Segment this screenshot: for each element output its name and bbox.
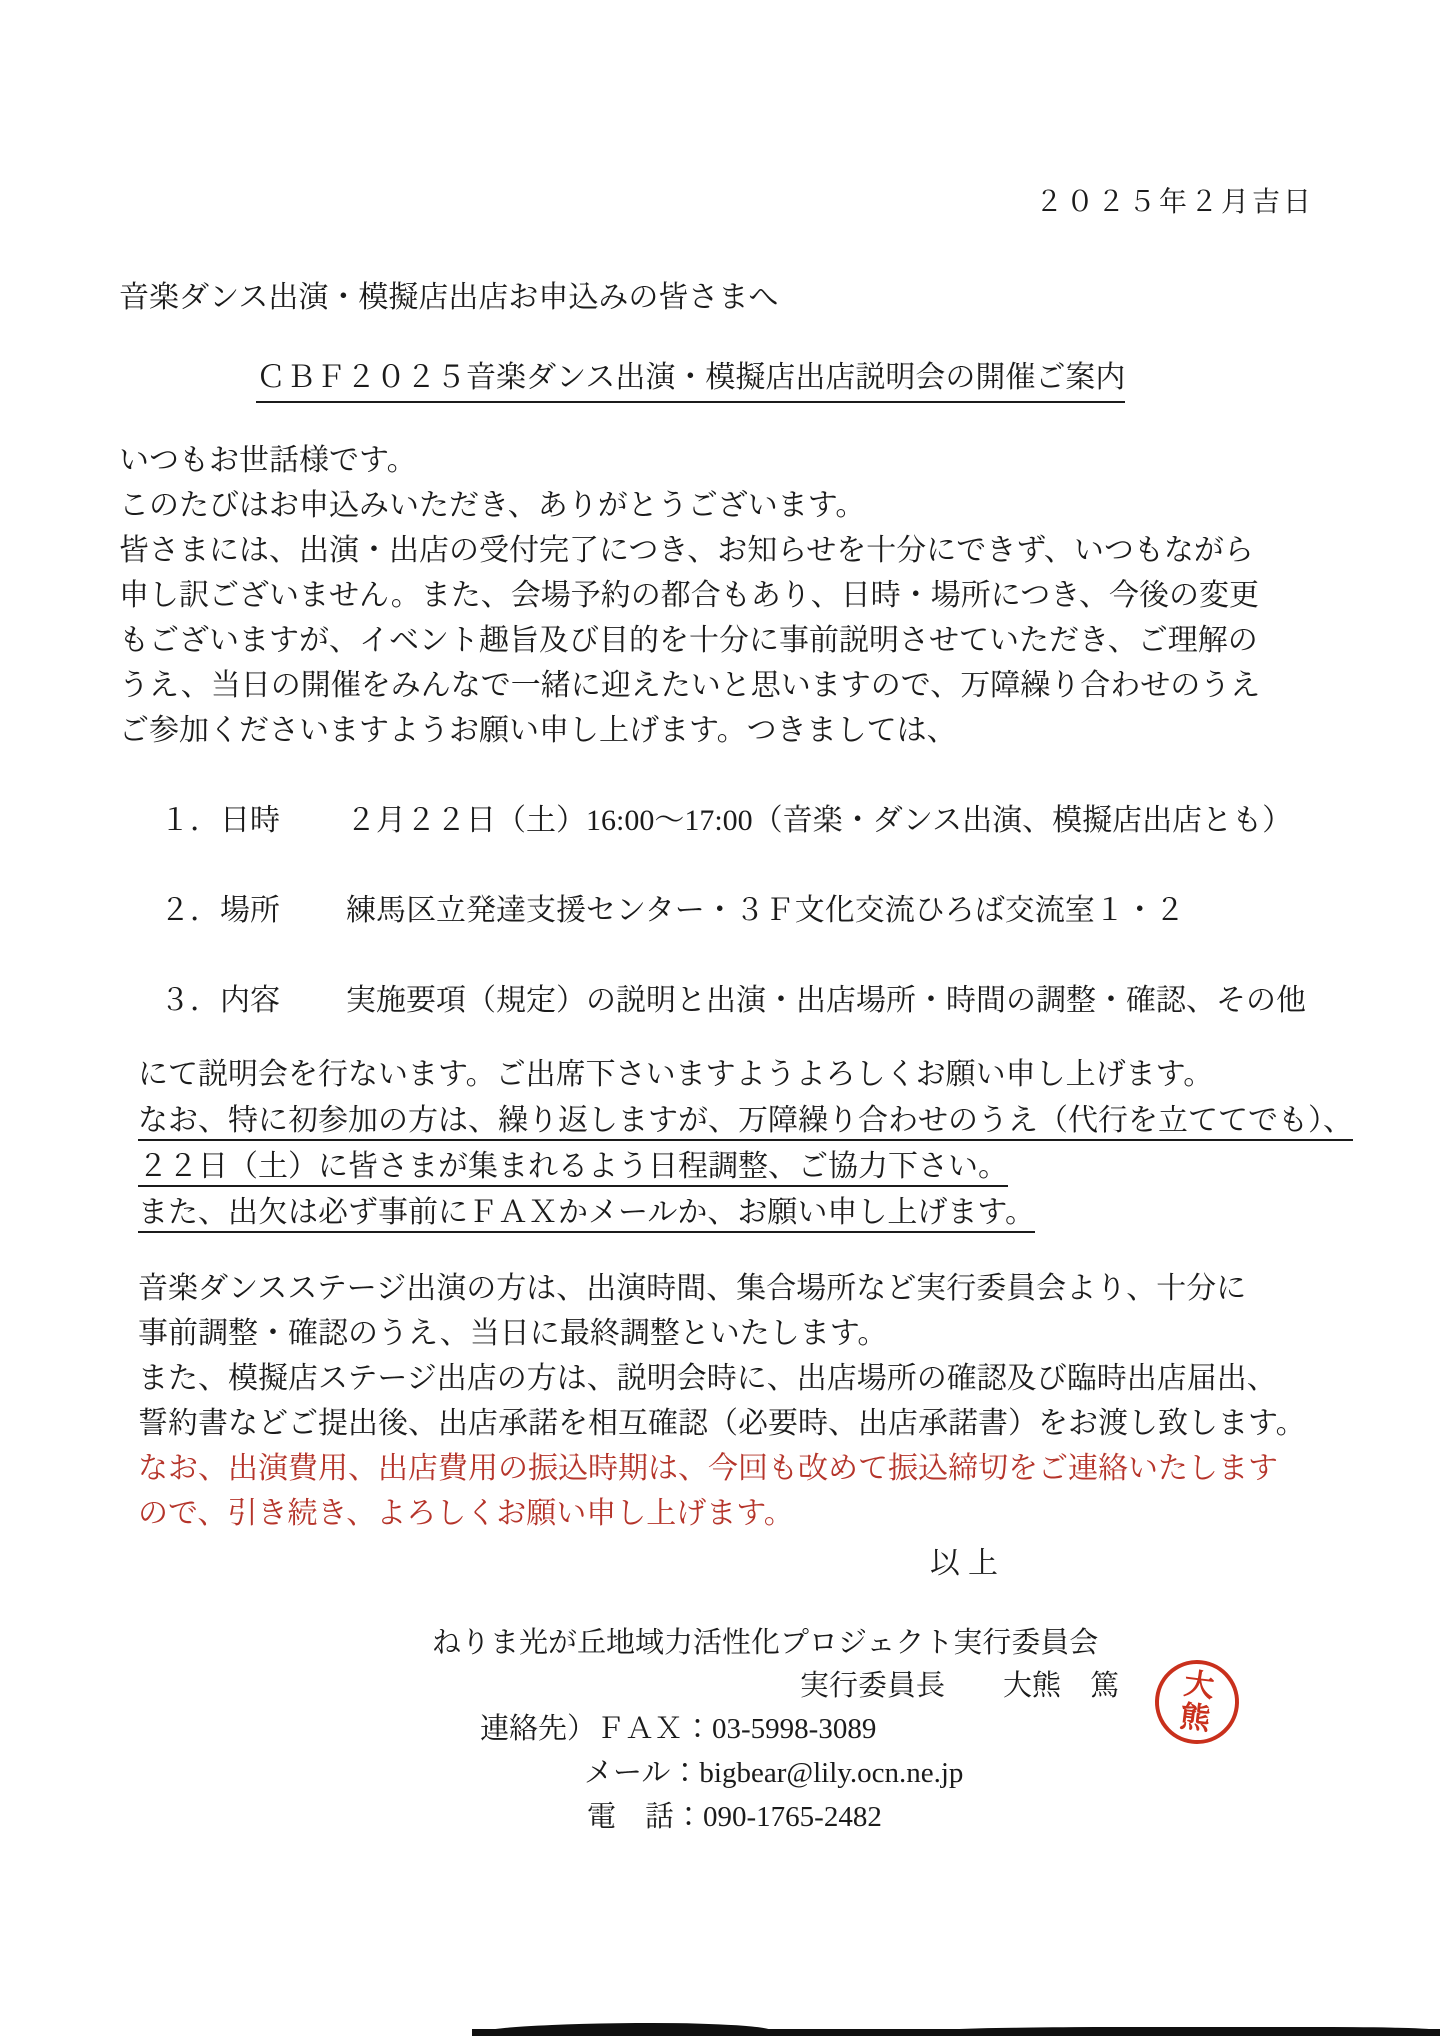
signature-fax: 連絡先）ＦＡＸ：03-5998-3089	[480, 1706, 876, 1747]
details-red-line-2: ので、引き続き、よろしくお願い申し上げます。	[138, 1491, 1306, 1536]
signature-phone: 電 話：090-1765-2482	[587, 1794, 882, 1835]
list-item-datetime: １．日時 ２月２２日（土）16:00〜17:00（音楽・ダンス出演、模擬店出店と…	[160, 795, 1292, 839]
intro-line-6: うえ、当日の開催をみんなで一緒に迎えたいと思いますので、万障繰り合わせのうえ	[119, 663, 1260, 708]
list-item-label: １．日時	[160, 795, 346, 839]
intro-line-5: もございますが、イベント趣旨及び目的を十分に事前説明させていただき、ご理解の	[119, 618, 1260, 663]
intro-line-2: このたびはお申込みいただき、ありがとうございます。	[119, 483, 1260, 528]
list-item-label: ２．場所	[160, 885, 346, 929]
details-red-line-1: なお、出演費用、出店費用の振込時期は、今回も改めて振込締切をご連絡いたします	[138, 1446, 1306, 1491]
notice-line-2-underlined: なお、特に初参加の方は、繰り返しますが、万障繰り合わせのうえ（代行を立ててでも）…	[138, 1098, 1353, 1144]
list-item-content: ３．内容 実施要項（規定）の説明と出演・出店場所・時間の調整・確認、その他	[160, 975, 1306, 1019]
list-item-text: ２月２２日（土）16:00〜17:00（音楽・ダンス出演、模擬店出店とも）	[346, 795, 1292, 839]
signature-organization: ねりま光が丘地域力活性化プロジェクト実行委員会	[432, 1620, 1098, 1661]
details-line-3: また、模擬店ステージ出店の方は、説明会時に、出店場所の確認及び臨時出店届出、	[138, 1356, 1306, 1401]
details-paragraph: 音楽ダンスステージ出演の方は、出演時間、集合場所など実行委員会より、十分に 事前…	[138, 1266, 1306, 1536]
intro-line-1: いつもお世話様です。	[119, 438, 1260, 483]
details-line-2: 事前調整・確認のうえ、当日に最終調整といたします。	[138, 1311, 1306, 1356]
details-line-1: 音楽ダンスステージ出演の方は、出演時間、集合場所など実行委員会より、十分に	[138, 1266, 1306, 1311]
recipient-line: 音楽ダンス出演・模擬店出店お申込みの皆さまへ	[119, 272, 778, 316]
signature-email: メール：bigbear@lily.ocn.ne.jp	[584, 1750, 963, 1791]
list-item-label: ３．内容	[160, 975, 346, 1019]
hanko-char-bottom: 熊	[1178, 1700, 1212, 1736]
notice-line-1: にて説明会を行ないます。ご出席下さいますようよろしくお願い申し上げます。	[138, 1052, 1353, 1098]
closing-ijou: 以上	[930, 1538, 1006, 1582]
notice-paragraph: にて説明会を行ないます。ご出席下さいますようよろしくお願い申し上げます。 なお、…	[138, 1052, 1353, 1236]
document-date: ２０２５年２月吉日	[1035, 180, 1314, 220]
intro-line-4: 申し訳ございません。また、会場予約の都合もあり、日時・場所につき、今後の変更	[119, 573, 1260, 618]
intro-line-7: ご参加くださいますようお願い申し上げます。つきましては、	[119, 708, 1260, 753]
signature-chairperson: 実行委員長 大熊 篤	[800, 1663, 1119, 1704]
list-item-text: 実施要項（規定）の説明と出演・出店場所・時間の調整・確認、その他	[346, 975, 1306, 1019]
intro-line-3: 皆さまには、出演・出店の受付完了につき、お知らせを十分にできず、いつもながら	[119, 528, 1260, 573]
document-title: ＣＢＦ２０２５音楽ダンス出演・模擬店出店説明会の開催ご案内	[256, 352, 1125, 403]
notice-line-3-underlined: ２２日（土）に皆さまが集まれるよう日程調整、ご協力下さい。	[138, 1144, 1353, 1190]
hanko-stamp-icon: 大 熊	[1150, 1655, 1244, 1749]
scanned-letter-page: ２０２５年２月吉日 音楽ダンス出演・模擬店出店お申込みの皆さまへ ＣＢＦ２０２５…	[0, 0, 1440, 2036]
scan-artifact	[472, 2029, 1440, 2036]
intro-paragraph: いつもお世話様です。 このたびはお申込みいただき、ありがとうございます。 皆さま…	[119, 438, 1260, 753]
hanko-char-top: 大	[1182, 1667, 1216, 1703]
list-item-text: 練馬区立発達支援センター・３Ｆ文化交流ひろば交流室１・２	[346, 885, 1185, 929]
details-line-4: 誓約書などご提出後、出店承諾を相互確認（必要時、出店承諾書）をお渡し致します。	[138, 1401, 1306, 1446]
list-item-place: ２．場所 練馬区立発達支援センター・３Ｆ文化交流ひろば交流室１・２	[160, 885, 1185, 929]
notice-line-4-underlined: また、出欠は必ず事前にＦＡＸかメールか、お願い申し上げます。	[138, 1190, 1353, 1236]
